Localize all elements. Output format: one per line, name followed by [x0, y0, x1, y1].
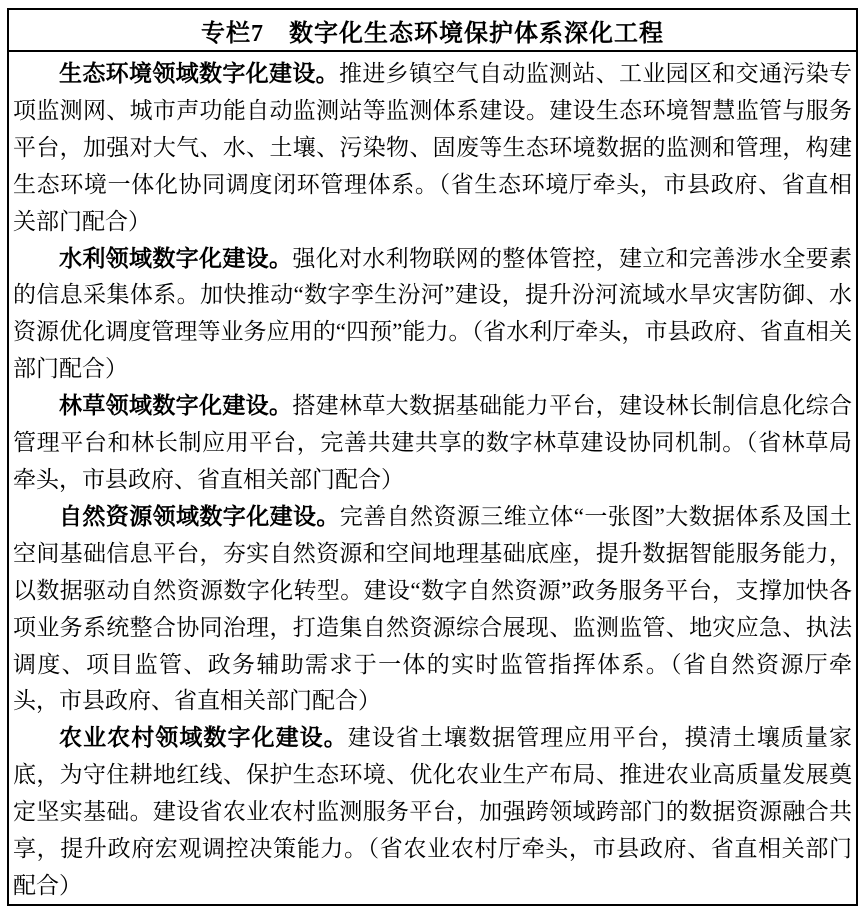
panel-paragraph-water-resources: 水利领域数字化建设。强化对水利物联网的整体管控，建立和完善涉水全要素的信息采集体… [13, 241, 852, 389]
document-page: 专栏7 数字化生态环境保护体系深化工程 生态环境领域数字化建设。推进乡镇空气自动… [0, 0, 864, 910]
panel-paragraph-agriculture-rural: 农业农村领域数字化建设。建设省土壤数据管理应用平台，摸清土壤质量家底，为守住耕地… [13, 720, 852, 905]
project-panel: 专栏7 数字化生态环境保护体系深化工程 生态环境领域数字化建设。推进乡镇空气自动… [7, 8, 858, 906]
paragraph-lead: 自然资源领域数字化建设。 [59, 504, 340, 529]
paragraph-text: 推进乡镇空气自动监测站、工业园区和交通污染专项监测网、城市声功能自动监测站等监测… [13, 61, 852, 234]
paragraph-lead: 农业农村领域数字化建设。 [59, 725, 348, 750]
panel-title-row: 专栏7 数字化生态环境保护体系深化工程 [9, 10, 856, 52]
paragraph-lead: 林草领域数字化建设。 [59, 393, 292, 418]
paragraph-text: 建设省土壤数据管理应用平台，摸清土壤质量家底，为守住耕地红线、保护生态环境、优化… [13, 725, 852, 898]
paragraph-lead: 生态环境领域数字化建设。 [59, 61, 339, 86]
panel-body: 生态环境领域数字化建设。推进乡镇空气自动监测站、工业园区和交通污染专项监测网、城… [9, 52, 856, 905]
paragraph-lead: 水利领域数字化建设。 [59, 246, 292, 271]
panel-paragraph-natural-resources: 自然资源领域数字化建设。完善自然资源三维立体“一张图”大数据体系及国土空间基础信… [13, 499, 852, 720]
paragraph-text: 完善自然资源三维立体“一张图”大数据体系及国土空间基础信息平台，夯实自然资源和空… [13, 504, 852, 714]
panel-title: 专栏7 数字化生态环境保护体系深化工程 [201, 13, 664, 48]
panel-paragraph-eco-environment: 生态环境领域数字化建设。推进乡镇空气自动监测站、工业园区和交通污染专项监测网、城… [13, 56, 852, 241]
panel-paragraph-forestry-grassland: 林草领域数字化建设。搭建林草大数据基础能力平台，建设林长制信息化综合管理平台和林… [13, 388, 852, 499]
